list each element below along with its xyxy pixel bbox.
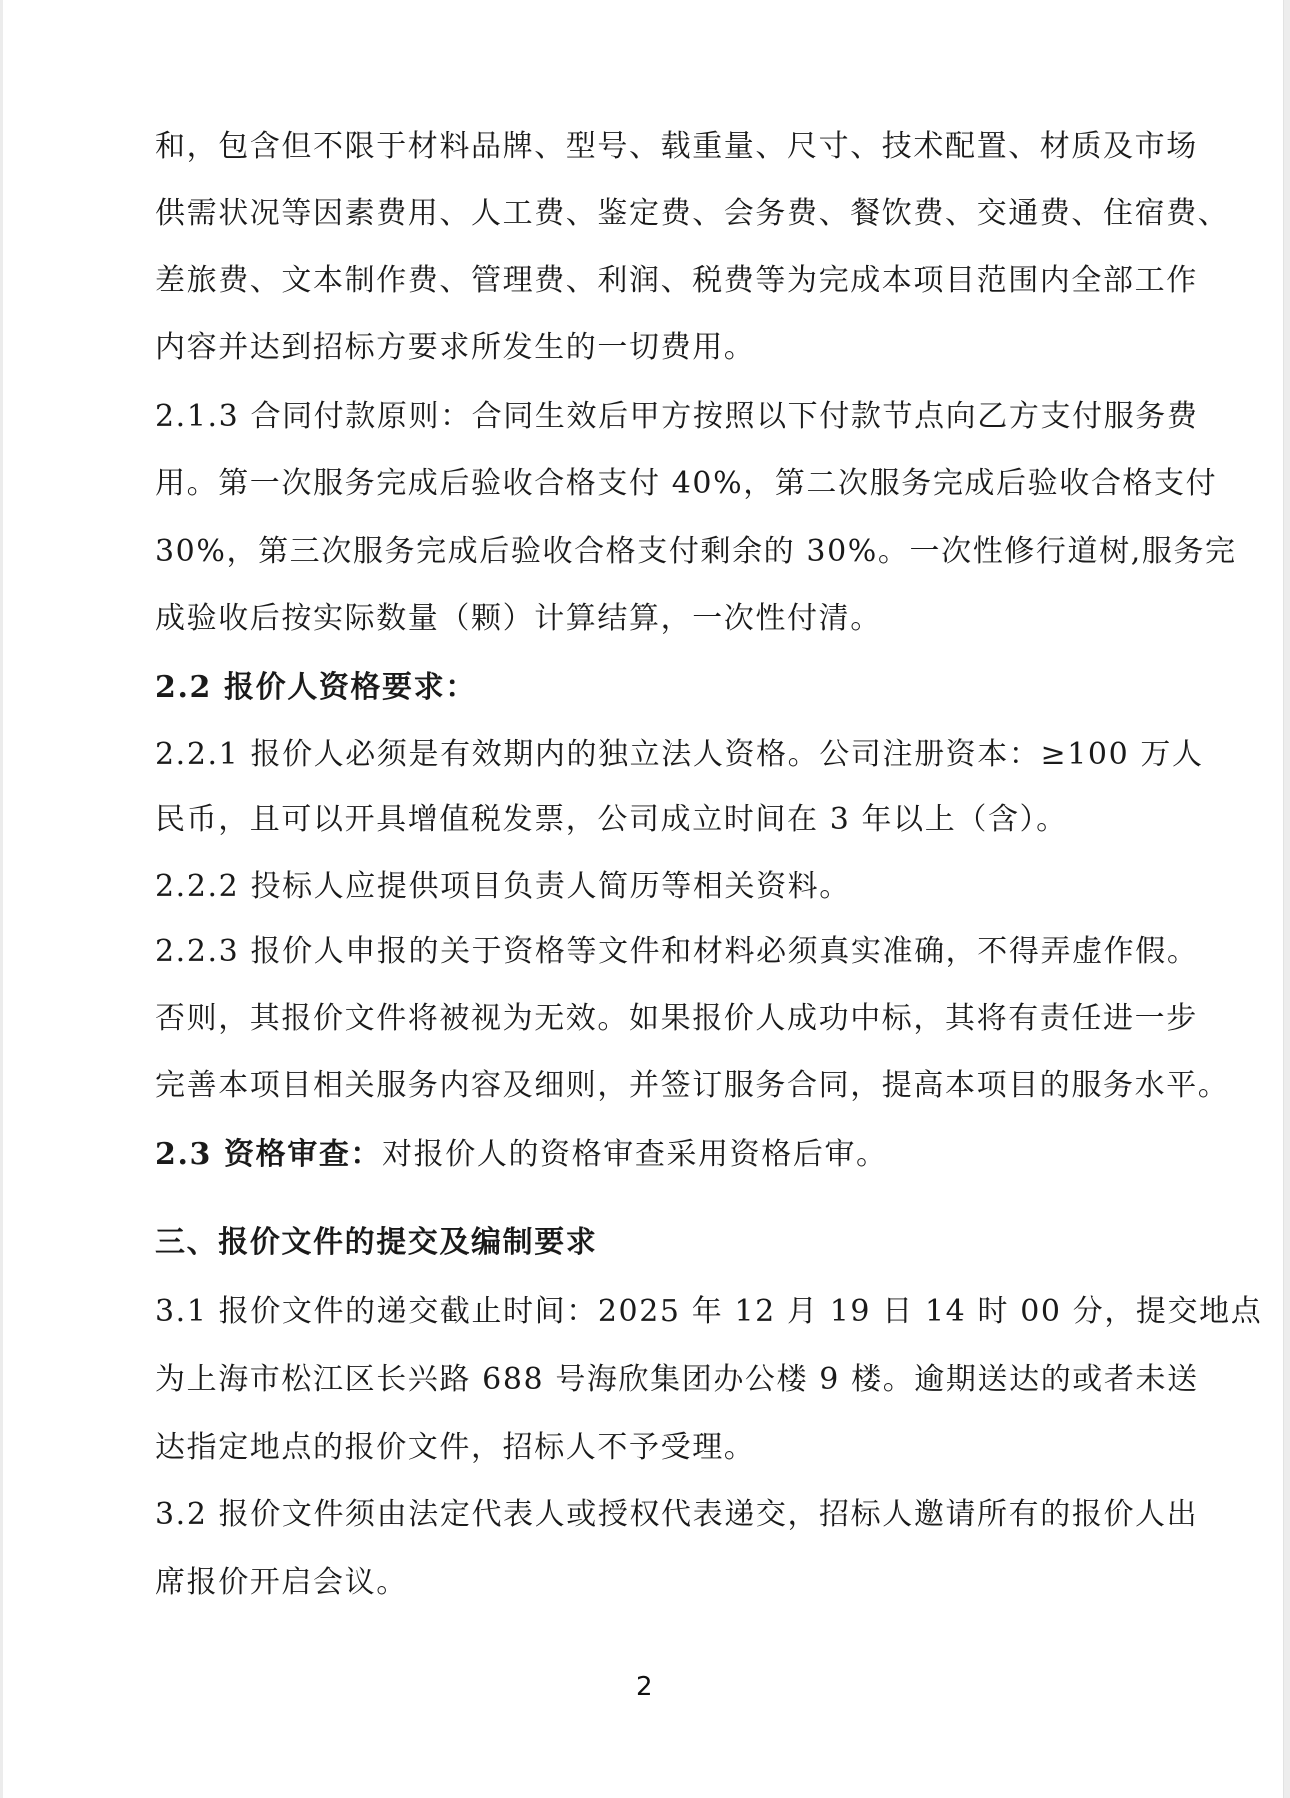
section-heading-3: 三、报价文件的提交及编制要求	[155, 1223, 597, 1263]
paragraph-line: 供需状况等因素费用、人工费、鉴定费、会务费、餐饮费、交通费、住宿费、	[155, 194, 1229, 234]
paragraph-line: 差旅费、文本制作费、管理费、利润、税费等为完成本项目范围内全部工作	[155, 261, 1198, 301]
clause-2-2-3: 2.2.3 报价人申报的关于资格等文件和材料必须真实准确，不得弄虚作假。	[155, 932, 1198, 972]
paragraph-line: 席报价开启会议。	[155, 1563, 408, 1603]
clause-2-2-2: 2.2.2 投标人应提供项目负责人简历等相关资料。	[155, 867, 851, 907]
page-edge-left	[0, 0, 3, 1798]
clause-3-2: 3.2 报价文件须由法定代表人或授权代表递交，招标人邀请所有的报价人出	[155, 1495, 1198, 1535]
paragraph-line: 和，包含但不限于材料品牌、型号、载重量、尺寸、技术配置、材质及市场	[155, 127, 1198, 167]
clause-2-1-3: 2.1.3 合同付款原则：合同生效后甲方按照以下付款节点向乙方支付服务费	[155, 397, 1198, 437]
paragraph-line: 用。第一次服务完成后验收合格支付 40%，第二次服务完成后验收合格支付	[155, 464, 1217, 504]
paragraph-line: 内容并达到招标方要求所发生的一切费用。	[155, 328, 755, 368]
paragraph-line: 达指定地点的报价文件，招标人不予受理。	[155, 1428, 755, 1468]
paragraph-line: 完善本项目相关服务内容及细则，并签订服务合同，提高本项目的服务水平。	[155, 1066, 1229, 1106]
paragraph-line: 为上海市松江区长兴路 688 号海欣集团办公楼 9 楼。逾期送达的或者未送	[155, 1360, 1199, 1400]
section-heading-2-3: 2.3 资格审查：	[155, 1137, 382, 1172]
paragraph-line: 30%，第三次服务完成后验收合格支付剩余的 30%。一次性修行道树,服务完	[155, 532, 1237, 572]
paragraph-line: 成验收后按实际数量（颗）计算结算，一次性付清。	[155, 599, 882, 639]
scrollbar-track[interactable]	[1283, 0, 1290, 1798]
section-heading-2-2: 2.2 报价人资格要求：	[155, 668, 477, 708]
paragraph-line: 民币，且可以开具增值税发票，公司成立时间在 3 年以上（含）。	[155, 800, 1068, 840]
paragraph-line: 否则，其报价文件将被视为无效。如果报价人成功中标，其将有责任进一步	[155, 999, 1198, 1039]
clause-2-2-1: 2.2.1 报价人必须是有效期内的独立法人资格。公司注册资本：≥100 万人	[155, 735, 1204, 775]
clause-3-1: 3.1 报价文件的递交截止时间：2025 年 12 月 19 日 14 时 00…	[155, 1292, 1262, 1332]
page-number: 2	[636, 1672, 653, 1702]
section-2-3: 2.3 资格审查：对报价人的资格审查采用资格后审。	[155, 1135, 888, 1175]
section-2-3-text: 对报价人的资格审查采用资格后审。	[382, 1137, 888, 1172]
